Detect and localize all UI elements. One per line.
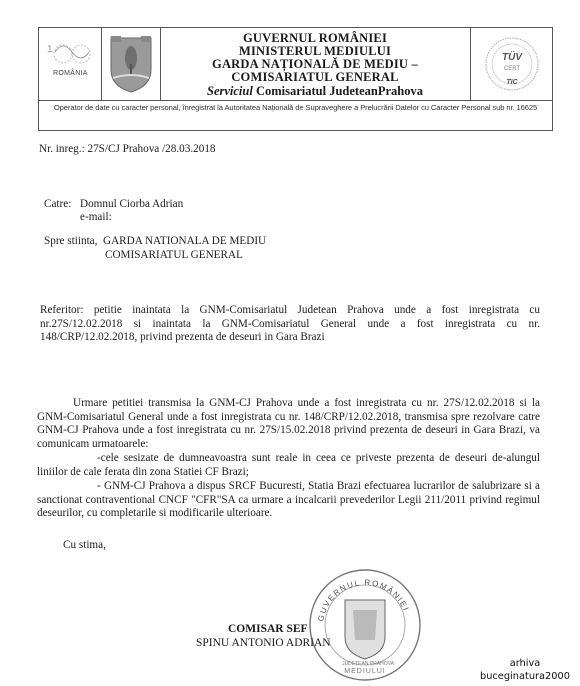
certification-cell: TÜV CERT TIC [470,28,552,100]
signatory-title: COMISAR SEF [228,623,308,635]
cc-line-1: GARDA NATIONALA DE MEDIU [103,235,266,249]
svg-text:TIC: TIC [506,79,518,86]
tuv-certification-seal-icon: TÜV CERT TIC [482,34,542,94]
archive-watermark: arhiva buceginatura2000 [480,657,570,683]
body-point-2: - GNM-CJ Prahova a dispus SRCF Bucuresti… [37,480,540,521]
recipient-name: Domnul Ciorba Adrian [80,198,183,212]
service-line: Serviciul Comisariatul JudeteanPrahova [160,84,470,98]
svg-text:TÜV: TÜV [502,50,523,63]
recipient-email-label: e-mail: [80,211,112,225]
document-page: 1 ROMÂNIA GUVERNUL ROMÂNIEI [0,0,580,686]
cc-label: Spre stiinta, [44,235,97,249]
closing-salutation: Cu stima, [63,539,106,553]
county-coat-of-arms-icon [108,34,154,94]
letterhead: 1 ROMÂNIA GUVERNUL ROMÂNIEI [38,27,553,131]
letterhead-top-row: 1 ROMÂNIA GUVERNUL ROMÂNIEI [39,28,552,101]
watermark-line-2: buceginatura2000 [480,670,570,683]
body-intro-paragraph: Urmare petitiei transmisa la GNM-CJ Prah… [37,397,540,451]
registration-number: Nr. inreg.: 27S/CJ Prahova /28.03.2018 [39,143,216,157]
cc-line-2: COMISARIATUL GENERAL [105,249,243,263]
official-seal-coat-of-arms-icon: GUVERNUL ROMÂNIEI MEDIULUI JUDEȚEAN PRAH… [305,565,425,685]
recipient-label: Catre: [44,198,71,212]
title-line-commissariat: COMISARIATUL GENERAL [160,71,470,84]
service-name: Comisariatul JudeteanPrahova [256,84,423,98]
svg-text:MEDIULUI: MEDIULUI [344,668,385,675]
reference-paragraph: Referitor: petitie inaintata la GNM-Comi… [40,304,540,345]
data-operator-notice: Operator de date cu caracter personal, î… [39,103,552,112]
service-prefix: Serviciul [207,84,253,98]
logo-cell-romania: 1 ROMÂNIA [39,28,102,100]
svg-text:1: 1 [47,44,53,55]
logo-cell-coat-of-arms [101,28,161,100]
institution-title: GUVERNUL ROMÂNIEI MINISTERUL MEDIULUI GA… [160,28,471,100]
signatory-name: SPINU ANTONIO ADRIAN [196,637,331,649]
svg-text:CERT: CERT [504,66,521,72]
svg-text:JUDEȚEAN PRAHOVA: JUDEȚEAN PRAHOVA [342,661,395,667]
watermark-line-1: arhiva [480,657,570,670]
romania-caption: ROMÂNIA [53,70,88,77]
body-point-1: -cele sesizate de dumneavoastra sunt rea… [37,452,540,479]
